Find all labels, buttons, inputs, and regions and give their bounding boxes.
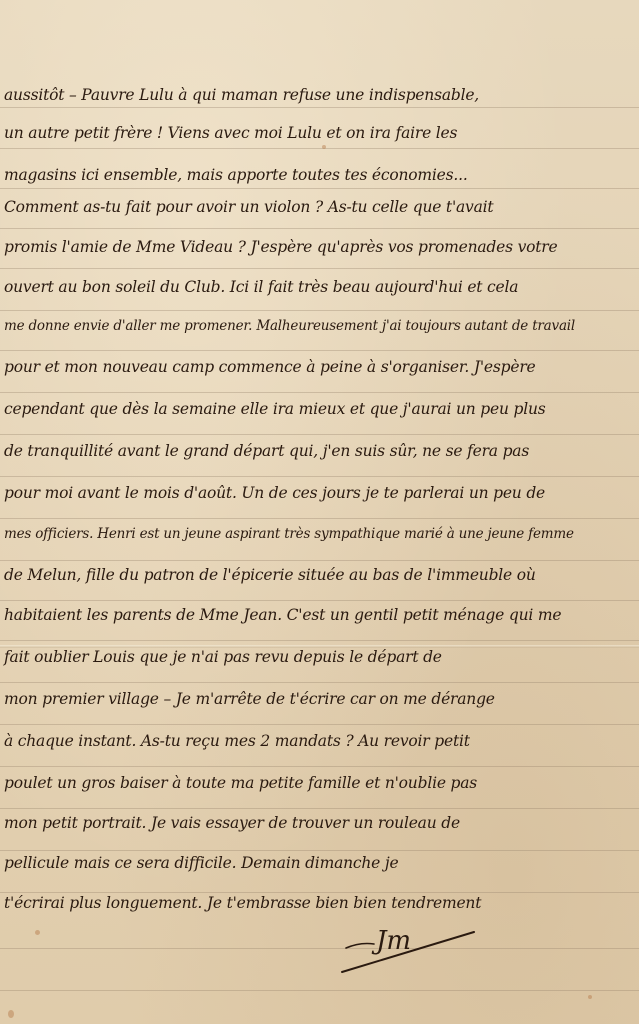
text-line: de Melun, fille du patron de l'épicerie … <box>4 566 631 584</box>
ruled-line <box>0 892 639 893</box>
text-line: t'écrirai plus longuement. Je t'embrasse… <box>4 894 631 912</box>
text-line: ouvert au bon soleil du Club. Ici il fai… <box>4 278 631 296</box>
text-line: promis l'amie de Mme Videau ? J'espère q… <box>4 238 631 256</box>
ruled-line <box>0 682 639 683</box>
text-line: poulet un gros baiser à toute ma petite … <box>4 774 631 792</box>
text-line: cependant que dès la semaine elle ira mi… <box>4 400 631 418</box>
paper-stain <box>588 995 592 999</box>
ruled-line <box>0 476 639 477</box>
paper-stain <box>35 930 40 935</box>
signature: Jm <box>340 920 480 980</box>
ruled-line <box>0 808 639 809</box>
text-line: mon petit portrait. Je vais essayer de t… <box>4 814 631 832</box>
text-line: aussitôt – Pauvre Lulu à qui maman refus… <box>4 86 631 104</box>
ruled-line <box>0 107 639 108</box>
ruled-line <box>0 310 639 311</box>
text-line: pour et mon nouveau camp commence à pein… <box>4 358 631 376</box>
ruled-line <box>0 268 639 269</box>
text-line: habitaient les parents de Mme Jean. C'es… <box>4 606 631 624</box>
paper-stain <box>8 1010 14 1018</box>
ruled-line <box>0 350 639 351</box>
ruled-line <box>0 228 639 229</box>
ruled-line <box>0 518 639 519</box>
ruled-line <box>0 392 639 393</box>
ruled-line <box>0 640 639 641</box>
text-line: pour moi avant le mois d'août. Un de ces… <box>4 484 631 502</box>
ruled-line <box>0 148 639 149</box>
text-line: de tranquillité avant le grand départ qu… <box>4 442 631 460</box>
text-line: pellicule mais ce sera difficile. Demain… <box>4 854 631 872</box>
ruled-line <box>0 560 639 561</box>
text-line: me donne envie d'aller me promener. Malh… <box>4 318 631 334</box>
ruled-line <box>0 948 639 949</box>
ruled-line <box>0 766 639 767</box>
text-line: à chaque instant. As-tu reçu mes 2 manda… <box>4 732 631 750</box>
text-line: magasins ici ensemble, mais apporte tout… <box>4 166 631 184</box>
ruled-line <box>0 990 639 991</box>
ruled-line <box>0 850 639 851</box>
text-line: fait oublier Louis que je n'ai pas revu … <box>4 648 631 666</box>
ruled-line <box>0 724 639 725</box>
text-line: Comment as-tu fait pour avoir un violon … <box>4 198 631 216</box>
ruled-line <box>0 600 639 601</box>
text-line: mon premier village – Je m'arrête de t'é… <box>4 690 631 708</box>
ruled-line <box>0 434 639 435</box>
text-line: mes officiers. Henri est un jeune aspira… <box>4 526 631 542</box>
paper-stain <box>322 145 326 149</box>
signature-text: Jm <box>376 926 411 956</box>
ruled-line <box>0 188 639 189</box>
text-line: un autre petit frère ! Viens avec moi Lu… <box>4 124 631 142</box>
